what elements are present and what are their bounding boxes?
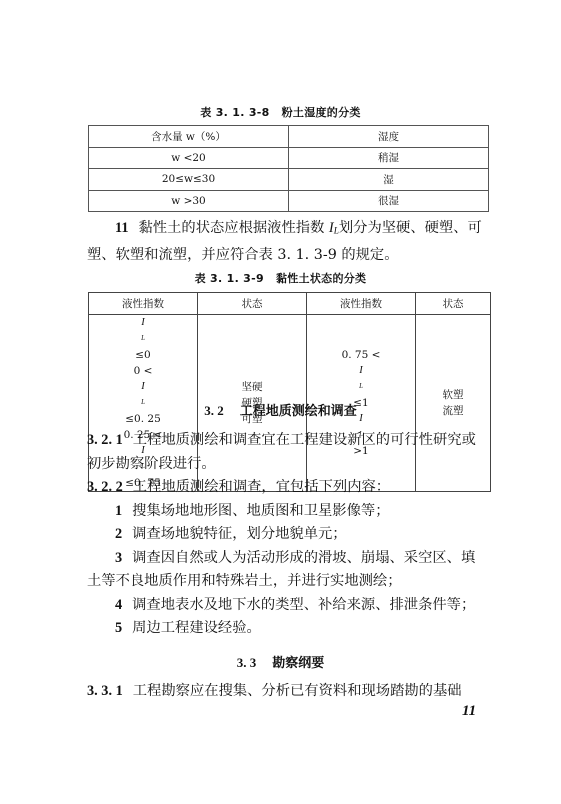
header-cell: 含水量 w（%） <box>89 126 289 148</box>
table-row: w <20 稍湿 <box>89 147 489 169</box>
table-cell: w >30 <box>89 190 289 212</box>
item-text: 调查地表水及地下水的类型、补给来源、排泄条件等； <box>132 597 475 613</box>
table-title: 粉土湿度的分类 <box>282 106 361 119</box>
section-number: 3. 3 <box>237 655 257 670</box>
symbol-I: I <box>89 315 197 331</box>
clause-text: 工程地质测绘和调查宜在工程建设新区的可行性研究或 <box>133 432 476 448</box>
state-label: 坚硬 <box>198 379 306 395</box>
table-header-row: 含水量 w（%） 湿度 <box>89 126 489 148</box>
symbol-I: I <box>89 379 197 395</box>
section-heading-3-3: 3. 3勘察纲要 <box>0 652 561 671</box>
section-title: 勘察纲要 <box>272 656 324 671</box>
clause-3-2-2: 3. 2. 2工程地质测绘和调查，宜包括下列内容： 1搜集场地地形图、地质图和卫… <box>87 476 492 641</box>
item-text: 周边工程建设经验。 <box>132 620 261 636</box>
list-item: 4调查地表水及地下水的类型、补给来源、排泄条件等； <box>87 594 492 618</box>
item-text: 调查场地貌特征，划分地貌单元； <box>132 526 346 542</box>
clause-11: 11黏性土的状态应根据液性指数 IL划分为坚硬、硬塑、可 塑、软塑和流塑，并应符… <box>87 217 492 267</box>
section-title: 工程地质测绘和调查 <box>240 404 357 419</box>
section-number: 3. 2 <box>204 403 224 418</box>
table-cell: 很湿 <box>289 190 489 212</box>
section-heading-3-2: 3. 2工程地质测绘和调查 <box>0 400 561 419</box>
item-number: 5 <box>115 620 122 636</box>
table-cell: 20≤w≤30 <box>89 169 289 191</box>
table-caption-3-1-3-9: 表 3. 1. 3-9黏性土状态的分类 <box>0 270 561 286</box>
list-item-continuation: 土等不良地质作用和特殊岩土，并进行实地测绘； <box>87 570 492 594</box>
table-cell: 湿 <box>289 169 489 191</box>
clause-text-line2: 初步勘察阶段进行。 <box>87 453 492 477</box>
list-item: 2调查场地貌特征，划分地貌单元； <box>87 523 492 547</box>
clause-text: 划分为坚硬、硬塑、可 <box>339 220 482 236</box>
table-row: w >30 很湿 <box>89 190 489 212</box>
table-title: 黏性土状态的分类 <box>276 272 366 285</box>
table-row: 20≤w≤30 湿 <box>89 169 489 191</box>
item-number: 1 <box>115 503 122 519</box>
clause-3-3-1: 3. 3. 1工程勘察应在搜集、分析已有资料和现场踏勘的基础 <box>87 680 492 704</box>
index-range: IL ≤0 <box>89 315 197 363</box>
clause-3-2-1: 3. 2. 1工程地质测绘和调查宜在工程建设新区的可行性研究或 初步勘察阶段进行… <box>87 429 492 476</box>
clause-text-line2: 塑、软塑和流塑，并应符合表 3. 1. 3-9 的规定。 <box>87 244 492 268</box>
clause-label: 3. 2. 1 <box>87 432 123 448</box>
item-number: 2 <box>115 526 122 542</box>
range-suffix: ≤0 <box>89 347 197 363</box>
liquidity-index-symbol: IL <box>329 220 339 236</box>
clause-text: 工程勘察应在搜集、分析已有资料和现场踏勘的基础 <box>133 683 462 699</box>
symbol-subscript: L <box>89 331 197 347</box>
header-cell: 状态 <box>198 293 307 315</box>
range-prefix: 0 < <box>89 363 197 379</box>
clause-label: 3. 3. 1 <box>87 683 123 699</box>
item-text: 搜集场地地形图、地质图和卫星影像等； <box>132 503 389 519</box>
clause-label: 3. 2. 2 <box>87 479 123 495</box>
table-number: 表 3. 1. 3-9 <box>195 272 264 285</box>
list-item: 5周边工程建设经验。 <box>87 617 492 641</box>
clause-text: 工程地质测绘和调查，宜包括下列内容： <box>133 479 390 495</box>
item-number: 3 <box>115 550 122 566</box>
clause-label: 11 <box>115 220 129 236</box>
table-cell: 稍湿 <box>289 147 489 169</box>
header-cell: 状态 <box>416 293 491 315</box>
symbol-I: I <box>307 363 415 379</box>
header-cell: 湿度 <box>289 126 489 148</box>
list-item: 3调查因自然或人为活动形成的滑坡、崩塌、采空区、填 <box>87 547 492 571</box>
range-prefix: 0. 75 < <box>307 347 415 363</box>
table-header-row: 液性指数 状态 液性指数 状态 <box>89 293 491 315</box>
table-cell: w <20 <box>89 147 289 169</box>
header-cell: 液性指数 <box>89 293 198 315</box>
table-silt-humidity: 含水量 w（%） 湿度 w <20 稍湿 20≤w≤30 湿 w >30 很湿 <box>88 125 489 212</box>
item-text: 调查因自然或人为活动形成的滑坡、崩塌、采空区、填 <box>132 550 475 566</box>
table-number: 表 3. 1. 3-8 <box>200 106 269 119</box>
item-number: 4 <box>115 597 122 613</box>
clause-text: 黏性土的状态应根据液性指数 <box>139 220 329 236</box>
table-caption-3-1-3-8: 表 3. 1. 3-8粉土湿度的分类 <box>0 104 561 120</box>
list-item: 1搜集场地地形图、地质图和卫星影像等； <box>87 500 492 524</box>
page-number: 11 <box>462 703 476 720</box>
symbol-subscript: L <box>307 379 415 395</box>
header-cell: 液性指数 <box>307 293 416 315</box>
